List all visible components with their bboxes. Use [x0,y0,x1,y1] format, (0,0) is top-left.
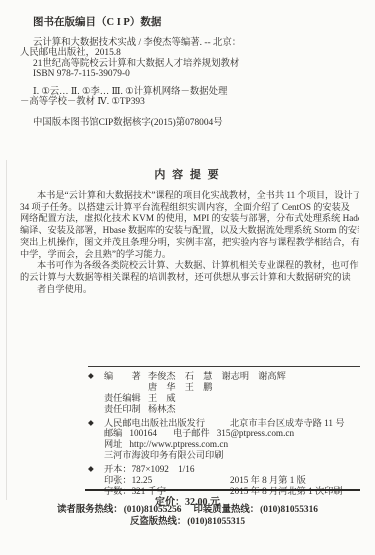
diamond-bullet-icon: ◆ [88,464,104,475]
postcode-value: 100164 [129,428,157,438]
summary-line: 突出上机操作，图文并茂且条理分明，实例丰富，把实验内容与课程教学相结合，有利于培… [20,237,359,249]
website-label: 网址 [104,439,122,449]
anti-piracy-label: 反盗版热线： [130,517,186,527]
format-row: ◆开本：787×1092 1/16 [88,464,367,475]
summary-line: 者自学使用。 [20,284,359,296]
summary-line: 中学，学而会，会且熟”的学习能力。 [20,249,359,261]
summary-line: 网络配置方法，虚拟化技术 KVM 的使用，MPI 的安装与部署，分布式处理系统 … [20,213,359,225]
cip-line-title: 云计算和大数据技术实战 / 李俊杰等编著. -- 北京： [20,38,363,48]
sheets-label: 印张： [104,475,132,485]
print-supervisor-row: 责任印制杨林杰 [88,404,367,415]
print-supervisor-name: 杨林杰 [148,404,176,414]
authors-names-1: 李俊杰 石 慧 谢志明 谢高辉 [148,371,286,381]
email-value: 315@ptpress.com.cn [217,428,294,438]
diamond-bullet-icon: ◆ [88,371,104,382]
cip-heading: 图书在版编目（C I P）数据 [33,14,161,29]
summary-line: 的云计算与大数据等相关课程的培训教材，还可供想从事云计算和大数据研究的读 [20,272,359,284]
reader-service-number: (010)81055256 [124,505,182,515]
hotline-row-2: 反盗版热线：(010)81055315 [0,517,375,529]
publisher-address: 北京市丰台区成寿寺路 11 号 [230,418,345,429]
reader-service-label: 读者服务热线： [57,505,123,515]
website-value: http://www.ptpress.com.cn [129,439,228,449]
postcode-email-row: 邮编100164电子邮件315@ptpress.com.cn [88,428,367,439]
print-quality-label: 印装质量热线： [194,505,260,515]
cip-line-isbn: ISBN 978-7-115-39079-0 [20,69,363,79]
hotline-row-1: 读者服务热线：(010)81055256印装质量热线：(010)81055316 [0,505,375,517]
cip-line-record-number: 中国版本图书馆CIP数据核字(2015)第078004号 [20,118,363,128]
cip-line-classification: Ⅰ. ①云… Ⅱ. ①李… Ⅲ. ①计算机网络－数据处理 [20,87,363,97]
cip-line-publisher: 人民邮电出版社，2015.8 [20,48,363,58]
authors-row-2: 唐 华 王 鹏 [88,382,367,393]
diamond-bullet-icon: ◆ [88,418,104,429]
colophon: ◆编 著李俊杰 石 慧 谢志明 谢高辉 唐 华 王 鹏 责任编辑王 威 责任印制… [88,371,367,497]
authors-label: 编 著 [104,371,148,382]
summary-line: 34 项子任务。以搭建云计算平台流程组织实训内容，全面介绍了 CentOS 的安… [20,202,359,214]
summary-heading: 内 容 提 要 [0,166,375,182]
email-label: 电子邮件 [173,428,210,438]
postcode-label: 邮编 [104,428,122,438]
divider-bottom [85,489,360,491]
print-company-row: 三河市海波印务有限公司印刷 [88,450,367,461]
print-quality-number: (010)81055316 [260,505,318,515]
cip-line-series: 21世纪高等院校云计算和大数据人才培养规划教材 [20,59,363,69]
cip-line-classification-2: －高等学校－教材 Ⅳ. ①TP393 [20,97,363,107]
format-value: 787×1092 1/16 [132,464,195,474]
summary-line: 编译、安装及部署，Hbase 数据库的安装与配置，以及大数据流处理系统 Stor… [20,225,359,237]
print-company: 三河市海波印务有限公司印刷 [104,450,223,460]
authors-names-2: 唐 华 王 鹏 [148,382,212,392]
summary-line: 本书可作为各级各类院校云计算、大数据、计算机相关专业课程的教材，也可作为 IT … [20,260,359,272]
edition-statement: 2015 年 8 月第 1 版 [230,475,306,486]
copyright-page: 图书在版编目（C I P）数据 云计算和大数据技术实战 / 李俊杰等编著. --… [0,0,375,555]
print-supervisor-label: 责任印制 [104,404,148,415]
publisher-row: ◆人民邮电出版社出版发行北京市丰台区成寿寺路 11 号 [88,418,367,429]
scan-edge-artifact [6,160,7,500]
authors-row: ◆编 著李俊杰 石 慧 谢志明 谢高辉 [88,371,367,382]
anti-piracy-number: (010)81055315 [187,517,245,527]
sheets-value: 12.25 [132,475,153,485]
website-row: 网址http://www.ptpress.com.cn [88,439,367,450]
cip-block: 云计算和大数据技术实战 / 李俊杰等编著. -- 北京： 人民邮电出版社，201… [20,38,363,128]
editor-label: 责任编辑 [104,393,148,404]
summary-line: 本书是“云计算和大数据技术”课程的项目化实战教材，全书共 11 个项目，设计了 … [20,190,359,202]
format-label: 开本： [104,464,132,474]
sheets-edition-row: 印张：12.252015 年 8 月第 1 版 [88,475,367,486]
divider-top [88,366,360,367]
editor-name: 王 威 [148,393,176,403]
hotlines: 读者服务热线：(010)81055256印装质量热线：(010)81055316… [0,505,375,528]
summary-paragraphs: 本书是“云计算和大数据技术”课程的项目化实战教材，全书共 11 个项目，设计了 … [20,190,359,295]
publisher-name: 人民邮电出版社出版发行 [104,418,205,428]
editor-row: 责任编辑王 威 [88,393,367,404]
